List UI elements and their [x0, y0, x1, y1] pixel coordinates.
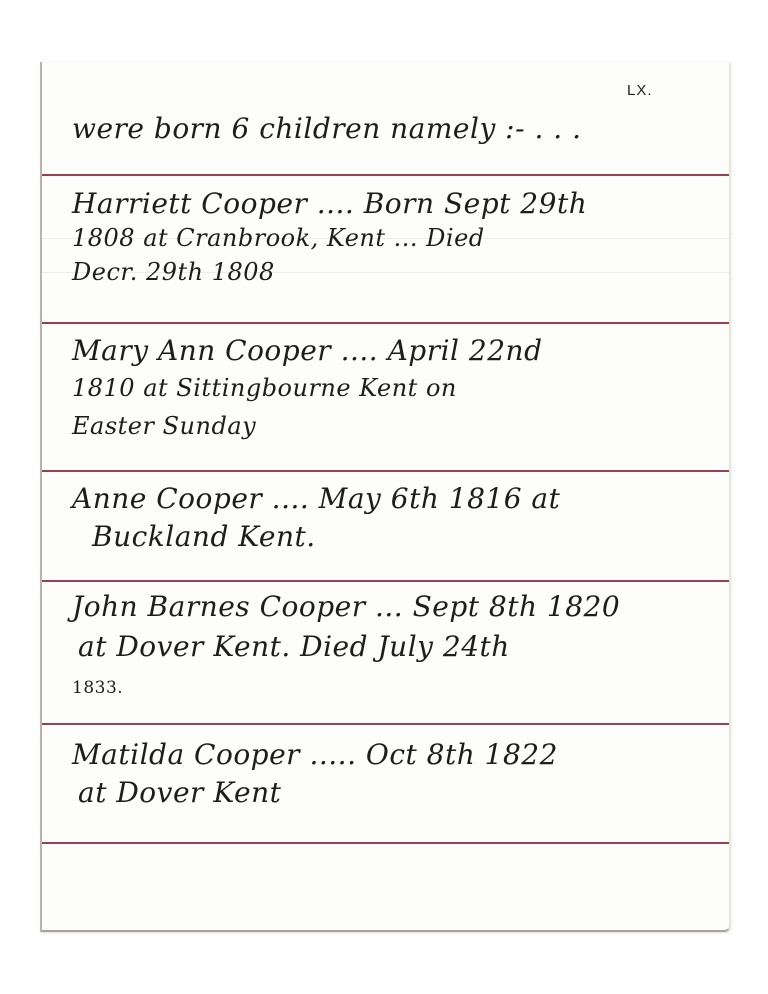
entry-line: Mary Ann Cooper .... April 22nd	[72, 334, 543, 367]
entry-line: Matilda Cooper ..... Oct 8th 1822	[72, 738, 558, 771]
entry-line: at Dover Kent. Died July 24th	[78, 630, 510, 663]
intro-line: were born 6 children namely :- . . .	[72, 112, 581, 145]
entry-line: 1833.	[72, 678, 123, 698]
entry-line: John Barnes Cooper ... Sept 8th 1820	[72, 590, 620, 623]
red-rule	[42, 174, 729, 176]
red-rule	[42, 842, 729, 844]
entry-line: at Dover Kent	[78, 776, 281, 809]
entry-line: Harriett Cooper .... Born Sept 29th	[72, 187, 587, 220]
entry-line: 1808 at Cranbrook, Kent ... Died	[72, 224, 485, 252]
manuscript-page: LX. were born 6 children namely :- . . .…	[40, 62, 730, 932]
entry-line: Buckland Kent.	[92, 520, 316, 553]
red-rule	[42, 580, 729, 582]
entry-line: 1810 at Sittingbourne Kent on	[72, 374, 457, 402]
folio-number: LX.	[627, 82, 653, 99]
entry-line: Anne Cooper .... May 6th 1816 at	[72, 482, 560, 515]
red-rule	[42, 322, 729, 324]
red-rule	[42, 470, 729, 472]
entry-line: Decr. 29th 1808	[72, 258, 275, 286]
red-rule	[42, 723, 729, 725]
entry-line: Easter Sunday	[72, 412, 256, 440]
